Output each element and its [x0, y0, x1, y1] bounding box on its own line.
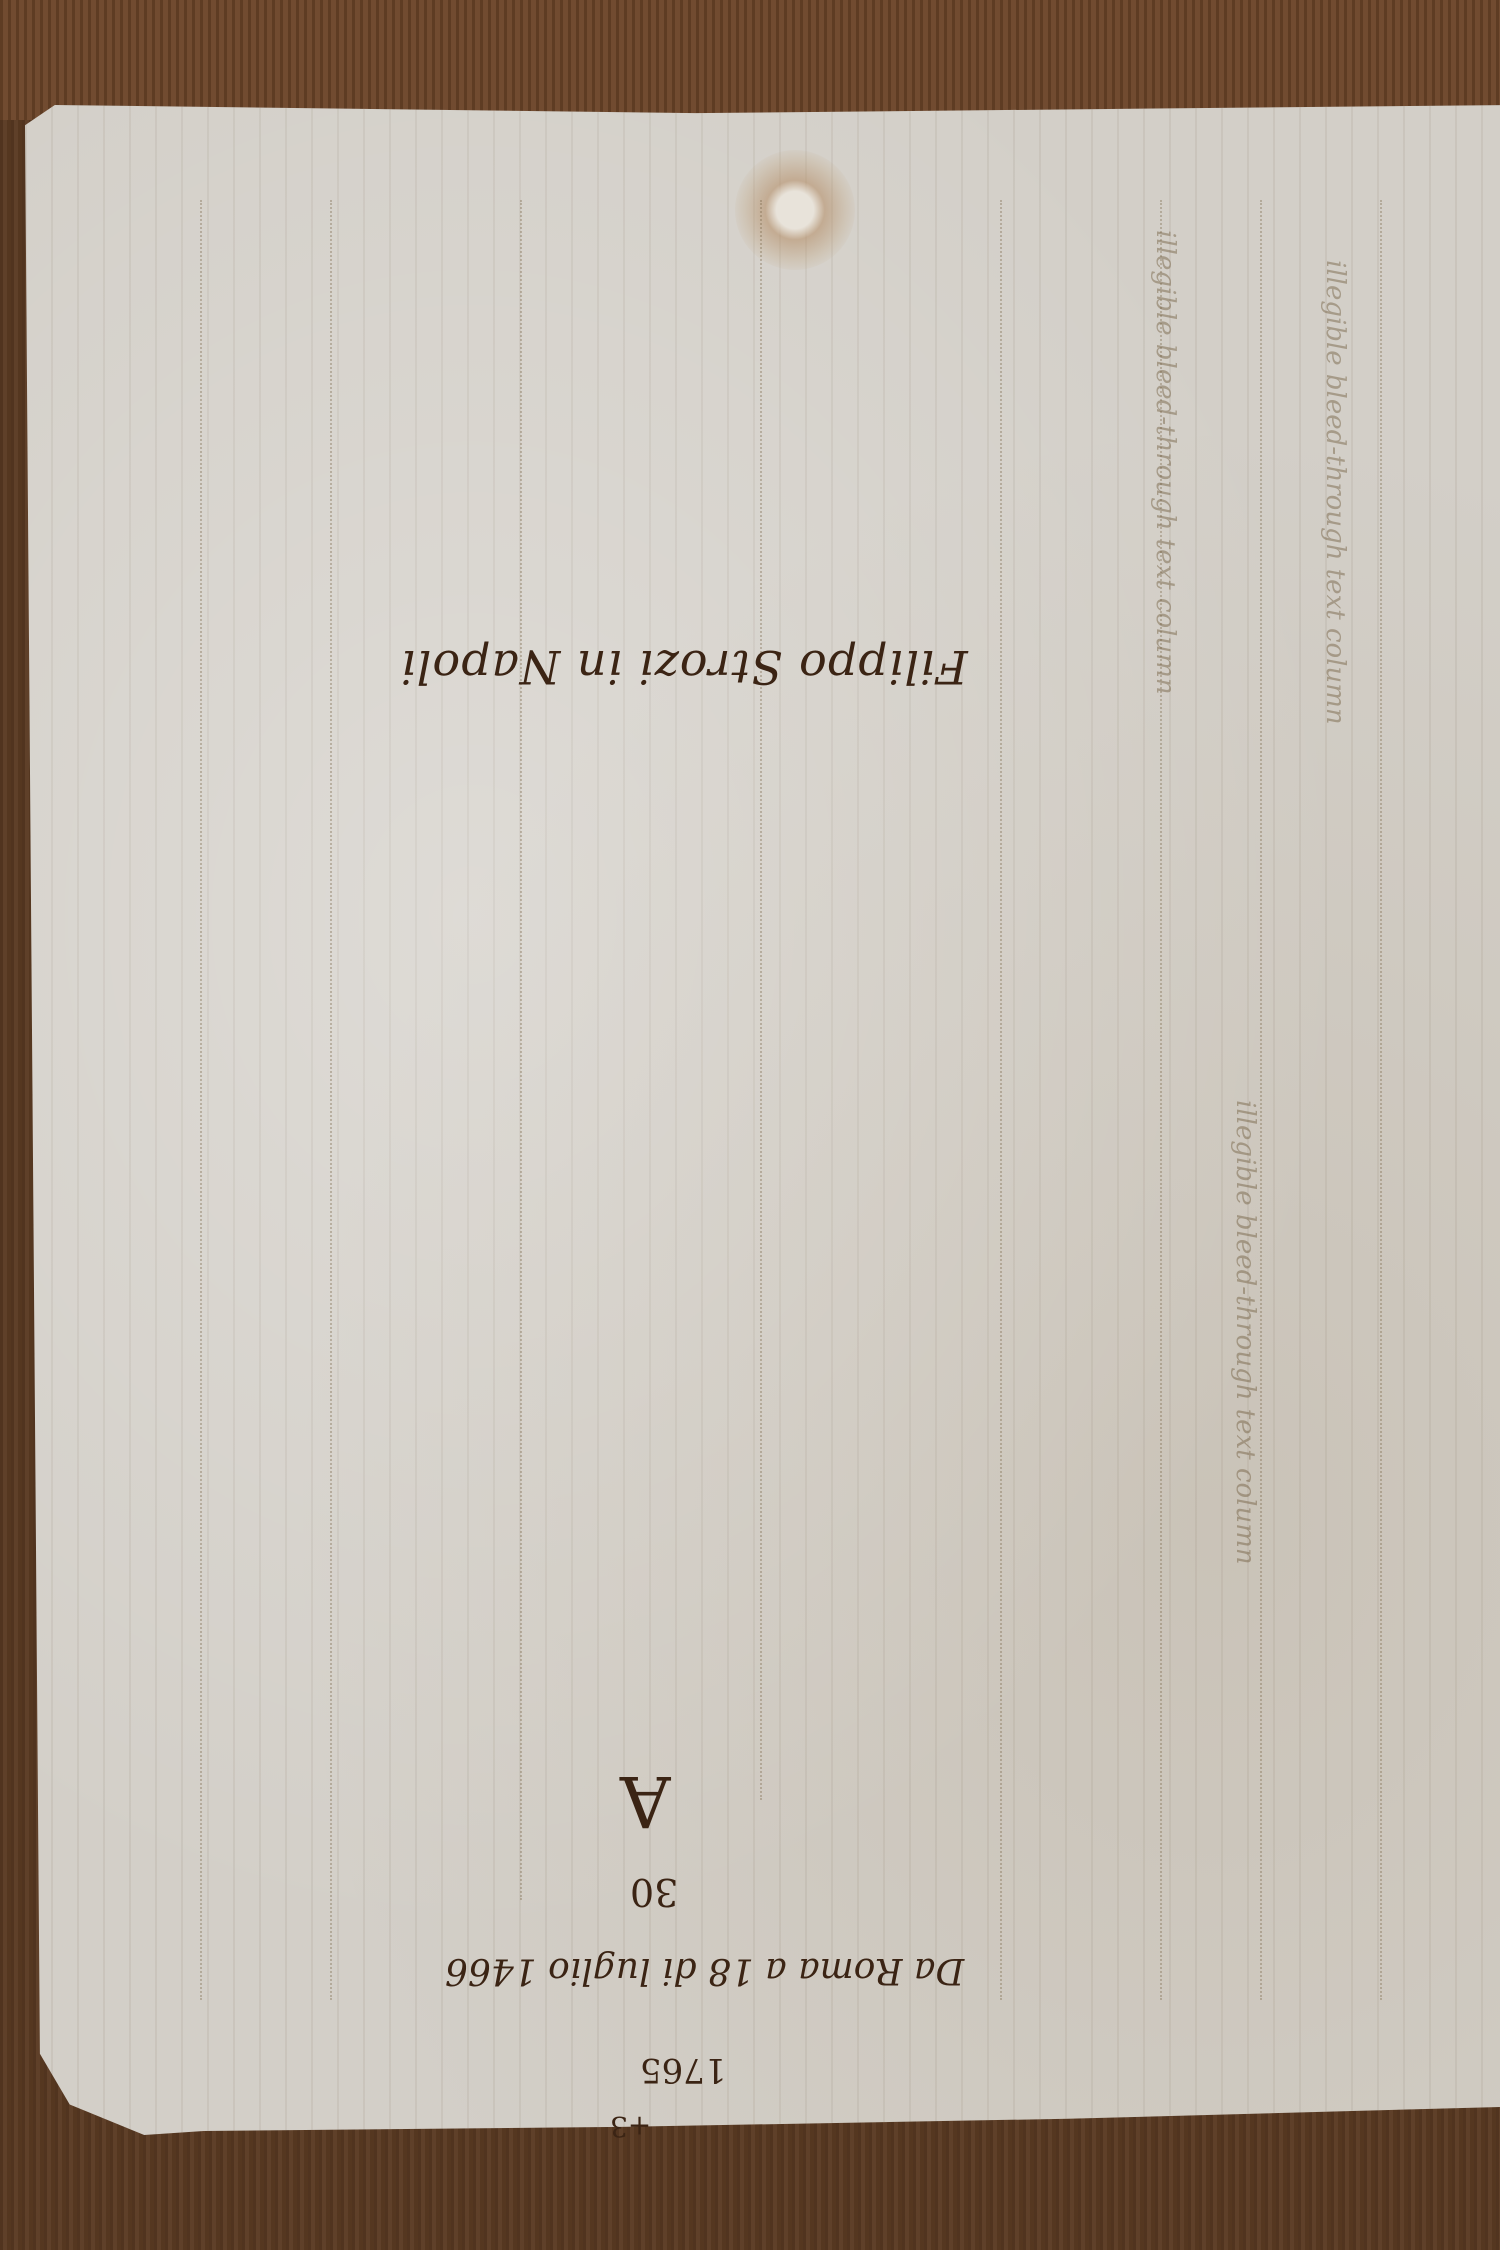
- archival-mark: A: [620, 1760, 671, 1842]
- wax-seal-stain: [735, 150, 855, 270]
- bleed-through-column: [330, 200, 346, 2000]
- address-inscription: Filippo Strozi in Napoli: [400, 640, 968, 694]
- bleed-through-column: [200, 200, 216, 2000]
- archival-number: 30: [630, 1870, 678, 1914]
- bleed-through-column: [1000, 200, 1016, 2000]
- date-annotation: Da Roma a 18 di luglio 1466: [445, 1950, 964, 1991]
- corner-mark: +3: [610, 2110, 651, 2143]
- bleed-through-text: illegible bleed-through text column: [1230, 1100, 1260, 1565]
- bleed-through-column: [760, 200, 776, 1800]
- folio-number: 1765: [640, 2050, 727, 2090]
- bleed-through-column: [1260, 200, 1276, 2000]
- bleed-through-text: illegible bleed-through text column: [1320, 260, 1350, 725]
- bleed-through-text: illegible bleed-through text column: [1150, 230, 1180, 695]
- bleed-through-column: [520, 200, 536, 1900]
- bleed-through-column: [1380, 200, 1396, 2000]
- desk-surface-top: [0, 0, 1500, 120]
